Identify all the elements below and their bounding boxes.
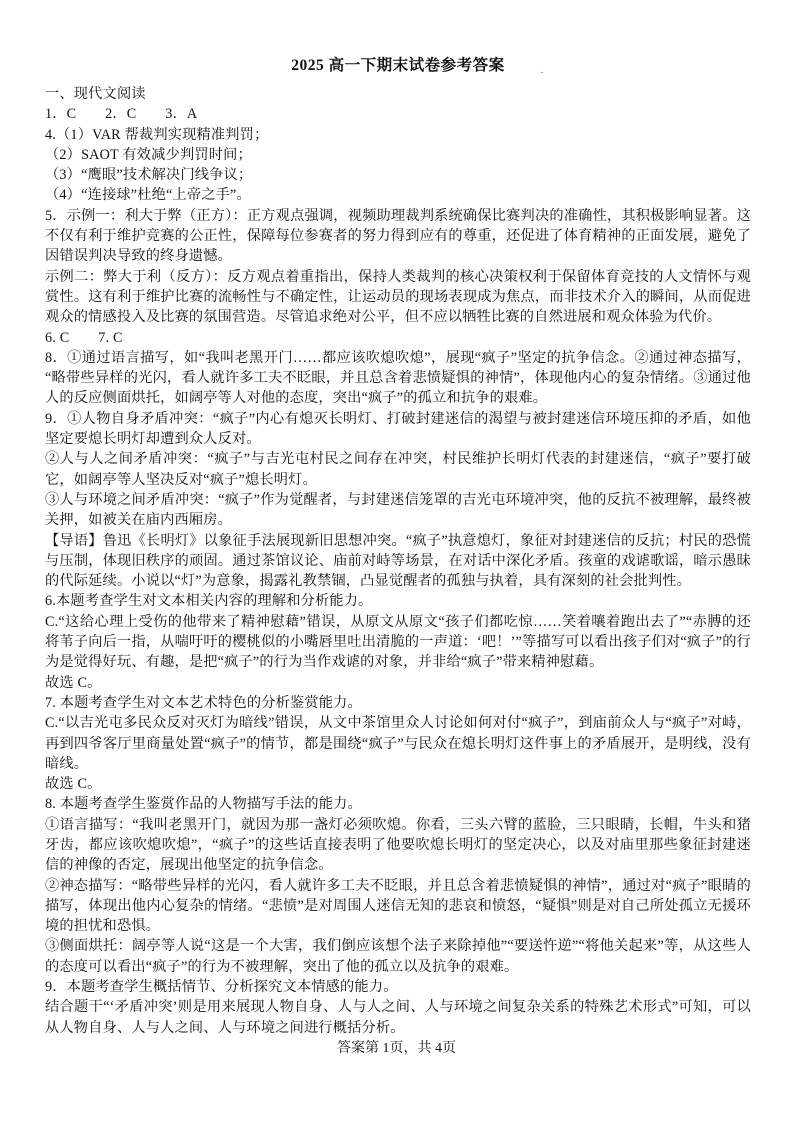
answer-4-4: （4）“连接球”杜绝“上帝之手”。 [45, 185, 751, 205]
section-heading-modern-reading: 一、现代文阅读 [45, 84, 751, 104]
analysis-6-conclusion: 故选 C。 [45, 673, 751, 693]
document-page: 2025 高一下期末试卷参考答案 · 一、现代文阅读 1．C 2．C 3．A 4… [0, 0, 793, 1122]
analysis-8-point-3: ③侧面烘托：阔亭等人说“这是一个大害，我们倒应该想个法子来除掉他”“要送忤逆”“… [45, 936, 751, 977]
analysis-8-heading: 8. 本题考查学生鉴赏作品的人物描写手法的能力。 [45, 794, 751, 814]
answer-9-point-2: ②人与人之间矛盾冲突：“疯子”与吉光屯村民之间存在冲突，村民维护长明灯代表的封建… [45, 449, 751, 490]
analysis-7-conclusion: 故选 C。 [45, 774, 751, 794]
analysis-8-point-2: ②神态描写：“略带些异样的光闪，看人就许多工夫不眨眼，并且总含着悲愤疑惧的神情”… [45, 876, 751, 937]
stray-dot-mark: · [540, 67, 544, 79]
analysis-9-heading: 9．本题考查学生概括情节、分析探究文本情感的能力。 [45, 977, 751, 997]
page-number-footer: 答案第 1页，共 4页 [0, 1039, 793, 1059]
analysis-6-heading: 6.本题考查学生对文本相关内容的理解和分析能力。 [45, 591, 751, 611]
answers-6-7: 6. C 7. C [45, 328, 751, 348]
analysis-7-option-c: C.“以吉光屯多民众反对灭灯为暗线”错误，从文中茶馆里众人讨论如何对付“疯子”，… [45, 713, 751, 774]
analysis-7-heading: 7. 本题考查学生对文本艺术特色的分析鉴赏能力。 [45, 693, 751, 713]
answer-4-1: 4.（1）VAR 帮裁判实现精准判罚； [45, 125, 751, 145]
analysis-6-option-c: C.“这给心理上受伤的他带来了精神慰藉”错误，从原文从原文“孩子们都吃惊……笑着… [45, 612, 751, 673]
analysis-8-point-1: ①语言描写：“我叫老黑开门，就因为那一盏灯必须吹熄。你看，三头六臂的蓝脸，三只眼… [45, 815, 751, 876]
answer-9-point-1: 9．①人物自身矛盾冲突：“疯子”内心有熄灭长明灯、打破封建迷信的渴望与被封建迷信… [45, 409, 751, 450]
document-body: 2025 高一下期末试卷参考答案 · 一、现代文阅读 1．C 2．C 3．A 4… [45, 55, 751, 1038]
answer-8-summary: 8．①通过语言描写，如“我叫老黑开门……都应该吹熄吹熄”，展现“疯子”坚定的抗争… [45, 348, 751, 409]
answer-5-example-1: 5．示例一：利大于弊（正方）：正方观点强调，视频助理裁判系统确保比赛判决的准确性… [45, 206, 751, 267]
page-title: 2025 高一下期末试卷参考答案 [45, 55, 751, 77]
answer-4-2: （2）SAOT 有效减少判罚时间； [45, 145, 751, 165]
answer-9-point-3: ③人与环境之间矛盾冲突：“疯子”作为觉醒者，与封建迷信笼罩的吉光屯环境冲突，他的… [45, 490, 751, 531]
answers-1-3: 1．C 2．C 3．A [45, 104, 751, 124]
answer-5-example-2: 示例二：弊大于利（反方）：反方观点着重指出，保持人类裁判的核心决策权利于保留体育… [45, 267, 751, 328]
analysis-9-detail: 结合题干“‘矛盾冲突’则是用来展现人物自身、人与人之间、人与环境之间复杂关系的特… [45, 997, 751, 1038]
guide-note: 【导语】鲁迅《长明灯》以象征手法展现新旧思想冲突。“疯子”执意熄灯，象征对封建迷… [45, 531, 751, 592]
answer-4-3: （3）“鹰眼”技术解决门线争议； [45, 165, 751, 185]
